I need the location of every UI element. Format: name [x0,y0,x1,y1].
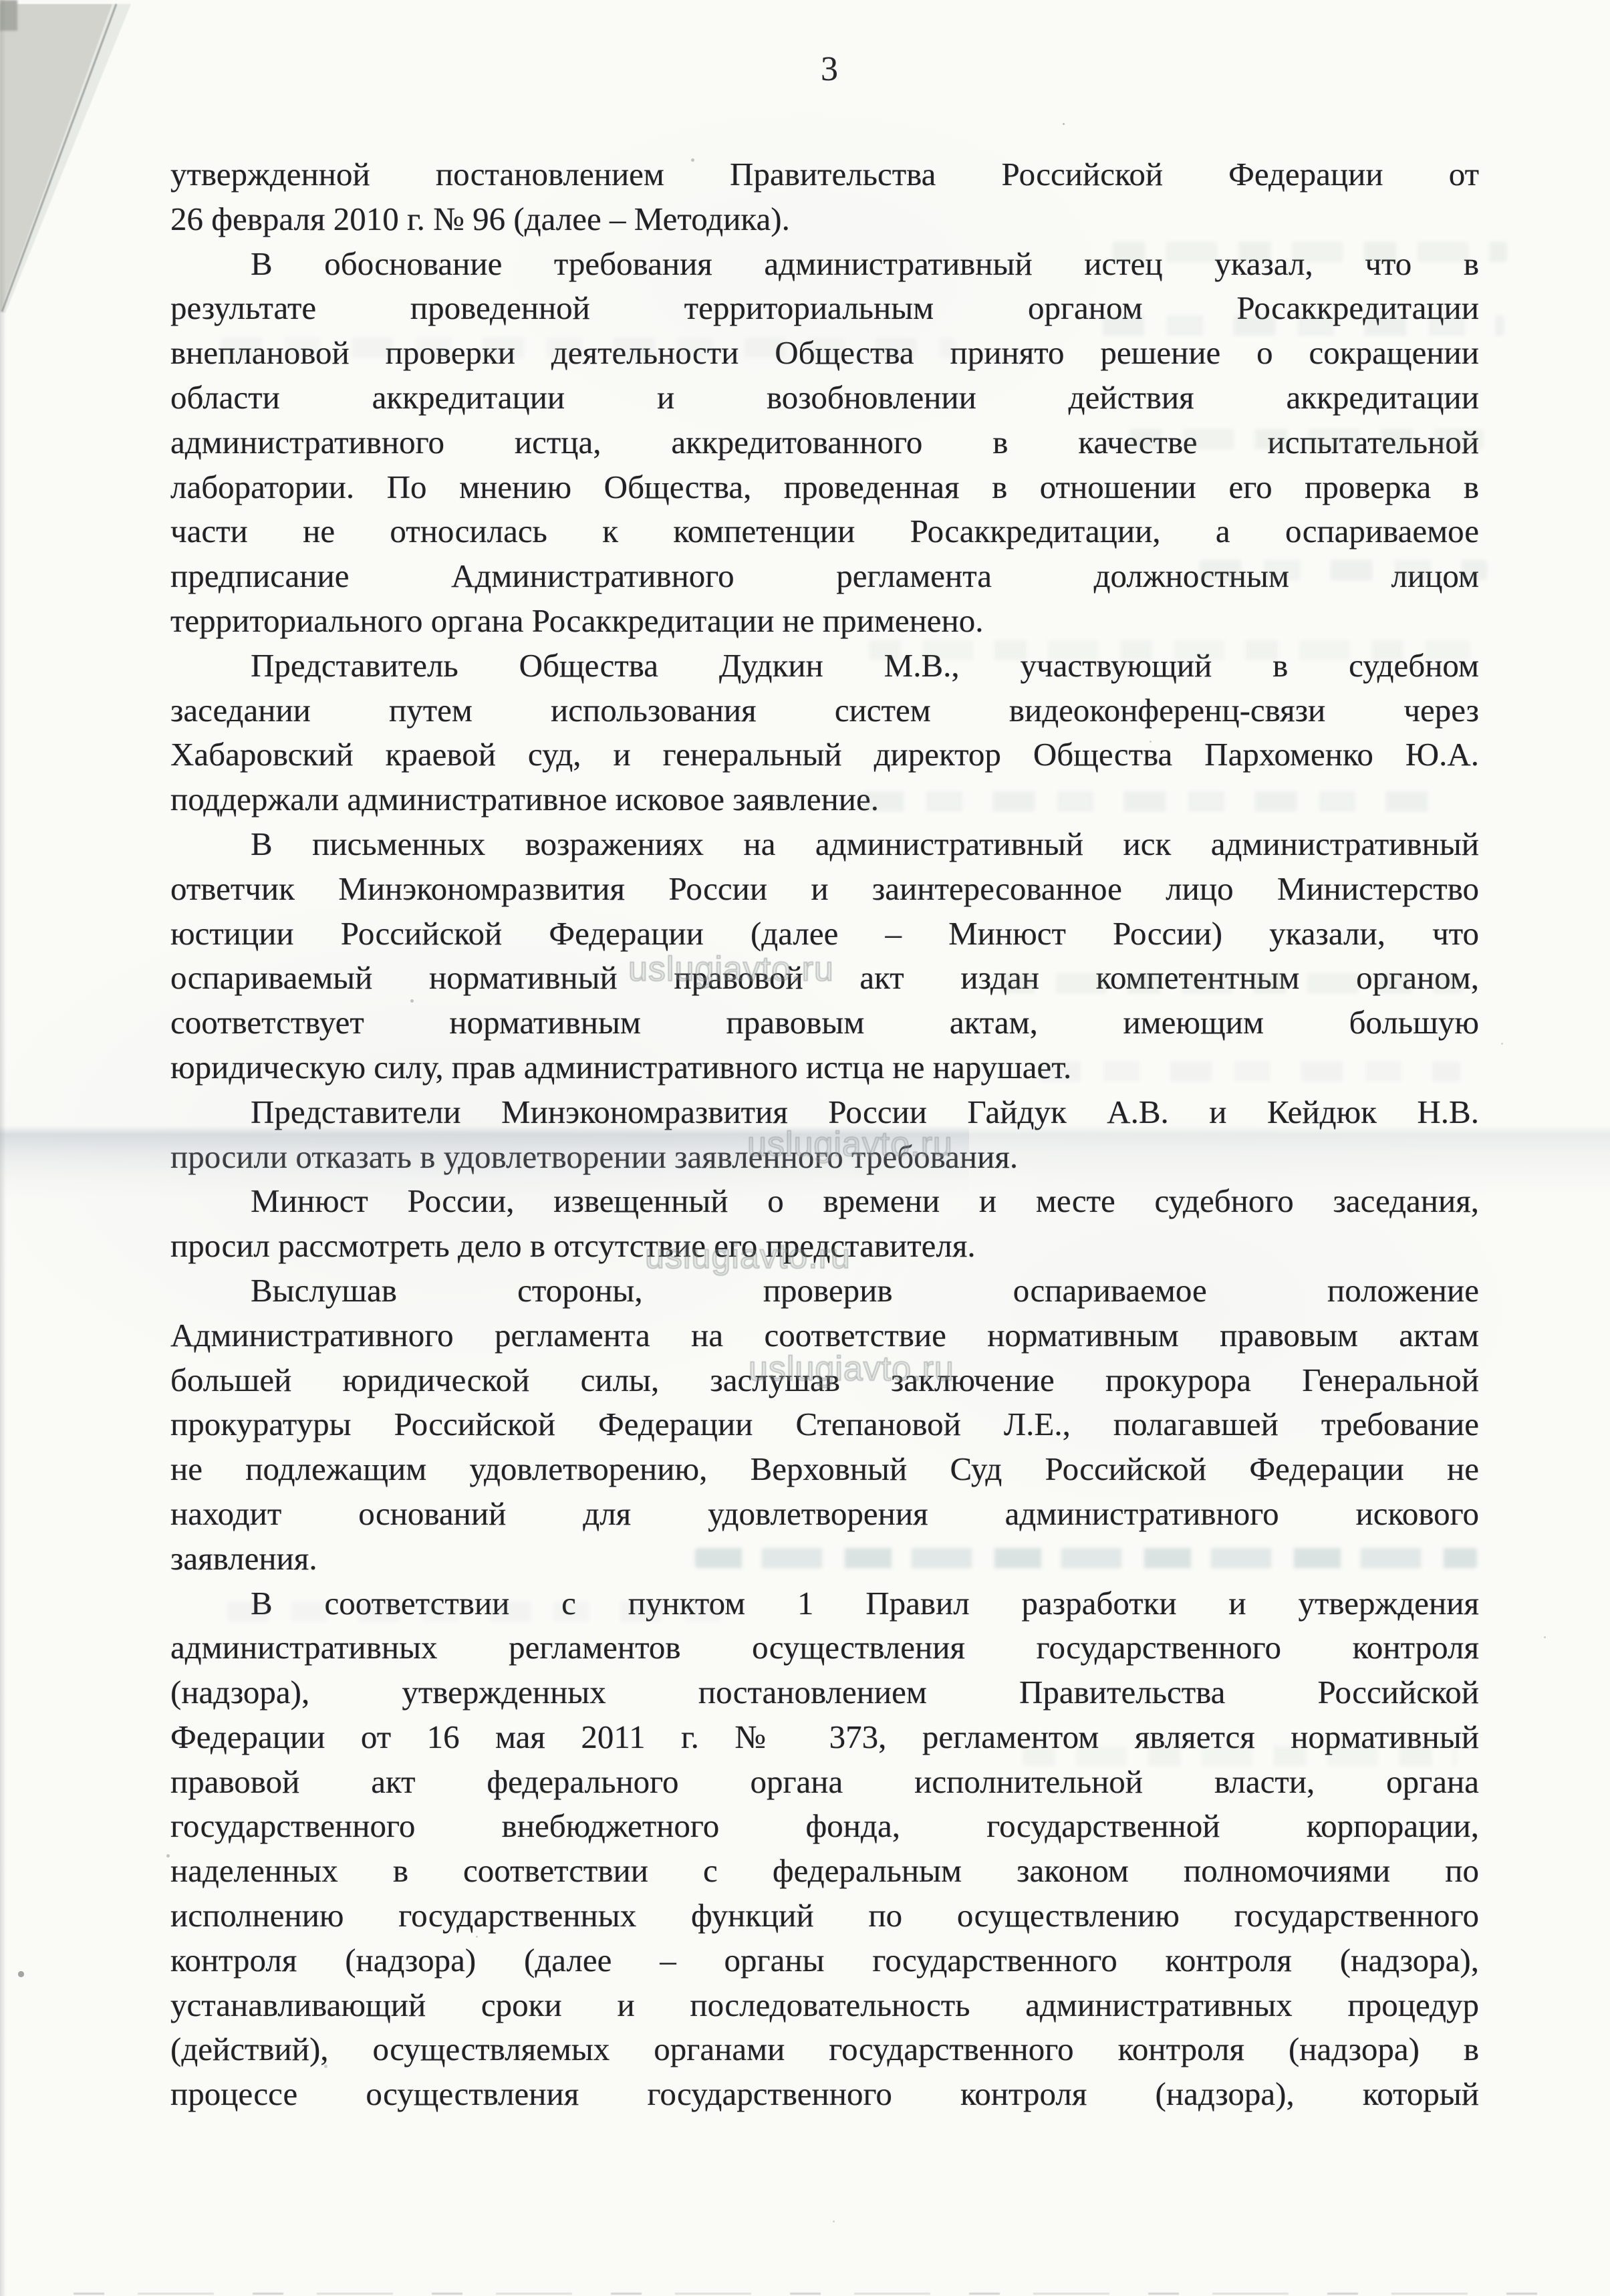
text-line: лаборатории. По мнению Общества, проведе… [170,465,1479,510]
page-number: 3 [821,49,838,89]
text-line: процессе осуществления государственного … [170,2072,1479,2117]
text-line: административных регламентов осуществлен… [170,1626,1479,1670]
text-line: прокуратуры Российской Федерации Степано… [170,1402,1479,1447]
text-line: оспариваемый нормативный правовой акт из… [170,956,1479,1001]
scan-bottom-edge [74,2293,1563,2295]
text-line: соответствует нормативным правовым актам… [170,1001,1479,1045]
text-line: Хабаровский краевой суд, и генеральный д… [170,733,1479,777]
text-line: части не относилась к компетенции Росакк… [170,509,1479,554]
text-line: области аккредитации и возобновлении дей… [170,376,1479,420]
text-line: находит оснований для удовлетворения адм… [170,1492,1479,1537]
text-line: В соответствии с пунктом 1 Правил разраб… [170,1581,1479,1626]
text-line: исполнению государственных функций по ос… [170,1894,1479,1938]
text-line: устанавливающий сроки и последовательнос… [170,1983,1479,2028]
text-line: поддержали административное исковое заяв… [170,777,1479,822]
text-line: заявления. [170,1537,1479,1581]
text-line: Административного регламента на соответс… [170,1313,1479,1358]
text-line: Выслушав стороны, проверив оспариваемое … [170,1269,1479,1313]
scan-noise [0,0,2,2]
text-line: просил рассмотреть дело в отсутствие его… [170,1224,1479,1269]
text-line: юстиции Российской Федерации (далее – Ми… [170,912,1479,956]
text-line: Представитель Общества Дудкин М.В., учас… [170,644,1479,688]
scan-left-edge-shadow [0,0,6,2296]
text-line: результате проведенной территориальным о… [170,286,1479,331]
text-line: Минюст России, извещенный о времени и ме… [170,1179,1479,1224]
text-line: административного истца, аккредитованног… [170,420,1479,465]
text-line: не подлежащим удовлетворению, Верховный … [170,1447,1479,1492]
text-line: (действий), осуществляемых органами госу… [170,2027,1479,2072]
text-line: 26 февраля 2010 г. № 96 (далее – Методик… [170,197,1479,242]
text-line: контроля (надзора) (далее – органы госуд… [170,1938,1479,1983]
text-line: государственного внебюджетного фонда, го… [170,1804,1479,1849]
text-line: предписание Административного регламента… [170,554,1479,599]
text-line: В обоснование требования административны… [170,242,1479,287]
text-line: просили отказать в удовлетворении заявле… [170,1135,1479,1180]
text-line: ответчик Минэкономразвития России и заин… [170,867,1479,912]
text-line: Представители Минэкономразвития России Г… [170,1090,1479,1135]
text-line: В письменных возражениях на администрати… [170,822,1479,867]
text-line: (надзора), утвержденных постановлением П… [170,1670,1479,1715]
text-line: территориального органа Росаккредитации … [170,599,1479,644]
text-line: правовой акт федерального органа исполни… [170,1760,1479,1805]
text-line: Федерации от 16 мая 2011 г. № 373, регла… [170,1715,1479,1760]
page-fold-corner [0,0,154,334]
text-line: внеплановой проверки деятельности Общест… [170,331,1479,376]
text-line: юридическую силу, прав административного… [170,1045,1479,1090]
text-line: большей юридической силы, заслушав заклю… [170,1358,1479,1403]
text-line: заседании путем использования систем вид… [170,688,1479,733]
document-text: утвержденной постановлением Правительств… [170,152,1479,2117]
text-line: утвержденной постановлением Правительств… [170,152,1479,197]
text-line: наделенных в соответствии с федеральным … [170,1849,1479,1894]
